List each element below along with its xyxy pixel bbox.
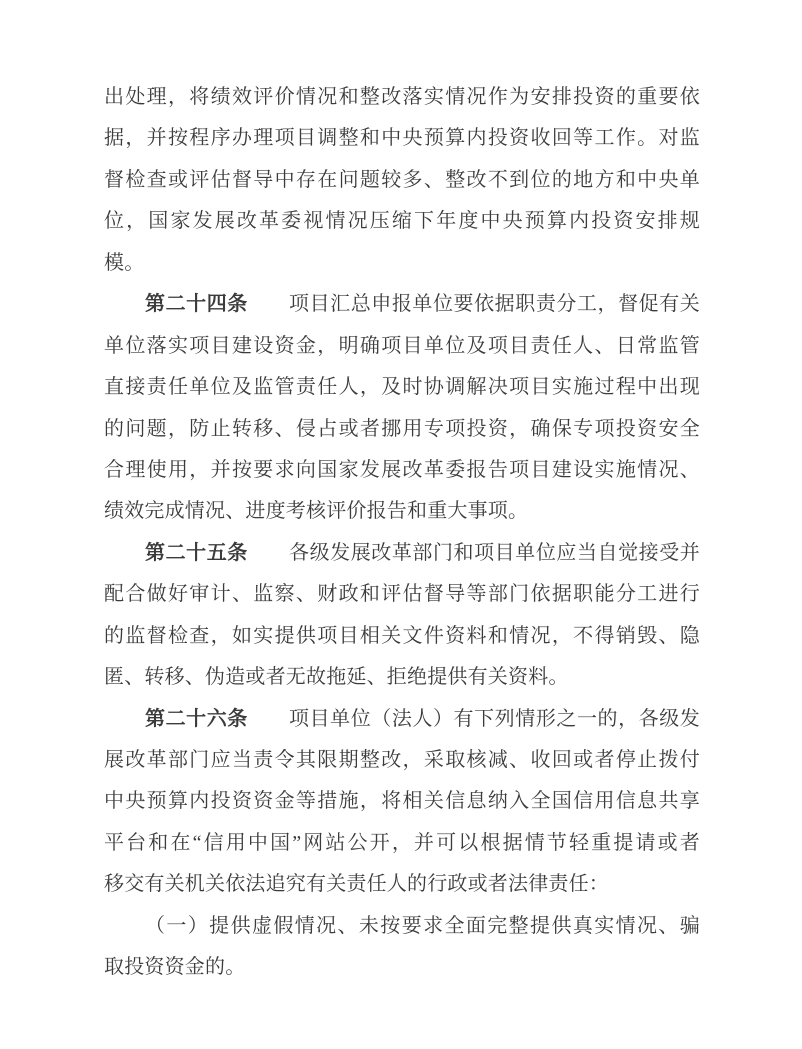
body-line: 单位落实项目建设资金，明确项目单位及项目责任人、日常监管: [104, 326, 700, 367]
body-line-text: 项目单位（法人）有下列情形之一的，各级发: [248, 708, 700, 730]
body-line: 的监督检查，如实提供项目相关文件资料和情况，不得销毁、隐: [104, 616, 700, 657]
body-line: 移交有关机关依法追究有关责任人的行政或者法律责任：: [104, 864, 700, 905]
body-line: （一）提供虚假情况、未按要求全面完整提供真实情况、骗: [104, 906, 700, 947]
document-text-block: 出处理，将绩效评价情况和整改落实情况作为安排投资的重要依 据，并按程序办理项目调…: [104, 77, 700, 989]
body-line: 中央预算内投资资金等措施，将相关信息纳入全国信用信息共享: [104, 781, 700, 822]
paragraph-article-24: 第二十四条 项目汇总申报单位要依据职责分工，督促有关 单位落实项目建设资金，明确…: [104, 284, 700, 533]
body-line: 展改革部门应当责令其限期整改，采取核减、收回或者停止拨付: [104, 740, 700, 781]
body-line: 督检查或评估督导中存在问题较多、整改不到位的地方和中央单: [104, 160, 700, 201]
body-line: 配合做好审计、监察、财政和评估督导等部门依据职能分工进行: [104, 574, 700, 615]
paragraph-item-1: （一）提供虚假情况、未按要求全面完整提供真实情况、骗 取投资资金的。: [104, 906, 700, 989]
body-line: 位，国家发展改革委视情况压缩下年度中央预算内投资安排规: [104, 201, 700, 242]
article-number: 第二十四条: [145, 293, 248, 315]
body-line: 取投资资金的。: [104, 947, 700, 988]
body-line: 的问题，防止转移、侵占或者挪用专项投资，确保专项投资安全: [104, 409, 700, 450]
article-number: 第二十五条: [145, 542, 248, 564]
body-line: 合理使用，并按要求向国家发展改革委报告项目建设实施情况、: [104, 450, 700, 491]
document-page: 出处理，将绩效评价情况和整改落实情况作为安排投资的重要依 据，并按程序办理项目调…: [0, 0, 802, 1049]
paragraph-article-25: 第二十五条 各级发展改革部门和项目单位应当自觉接受并 配合做好审计、监察、财政和…: [104, 533, 700, 699]
body-line: 模。: [104, 243, 700, 284]
article-number: 第二十六条: [145, 708, 248, 730]
body-line: 平台和在“信用中国”网站公开，并可以根据情节轻重提请或者: [104, 823, 700, 864]
body-line-text: 项目汇总申报单位要依据职责分工，督促有关: [248, 293, 700, 315]
article-heading-line: 第二十六条 项目单位（法人）有下列情形之一的，各级发: [104, 699, 700, 740]
body-line-text: 各级发展改革部门和项目单位应当自觉接受并: [248, 542, 700, 564]
paragraph-article-26: 第二十六条 项目单位（法人）有下列情形之一的，各级发 展改革部门应当责令其限期整…: [104, 699, 700, 906]
paragraph-continuation: 出处理，将绩效评价情况和整改落实情况作为安排投资的重要依 据，并按程序办理项目调…: [104, 77, 700, 284]
body-line: 出处理，将绩效评价情况和整改落实情况作为安排投资的重要依: [104, 77, 700, 118]
body-line: 绩效完成情况、进度考核评价报告和重大事项。: [104, 491, 700, 532]
body-line: 直接责任单位及监管责任人，及时协调解决项目实施过程中出现: [104, 367, 700, 408]
article-heading-line: 第二十五条 各级发展改革部门和项目单位应当自觉接受并: [104, 533, 700, 574]
article-heading-line: 第二十四条 项目汇总申报单位要依据职责分工，督促有关: [104, 284, 700, 325]
body-line: 匿、转移、伪造或者无故拖延、拒绝提供有关资料。: [104, 657, 700, 698]
body-line: 据，并按程序办理项目调整和中央预算内投资收回等工作。对监: [104, 118, 700, 159]
